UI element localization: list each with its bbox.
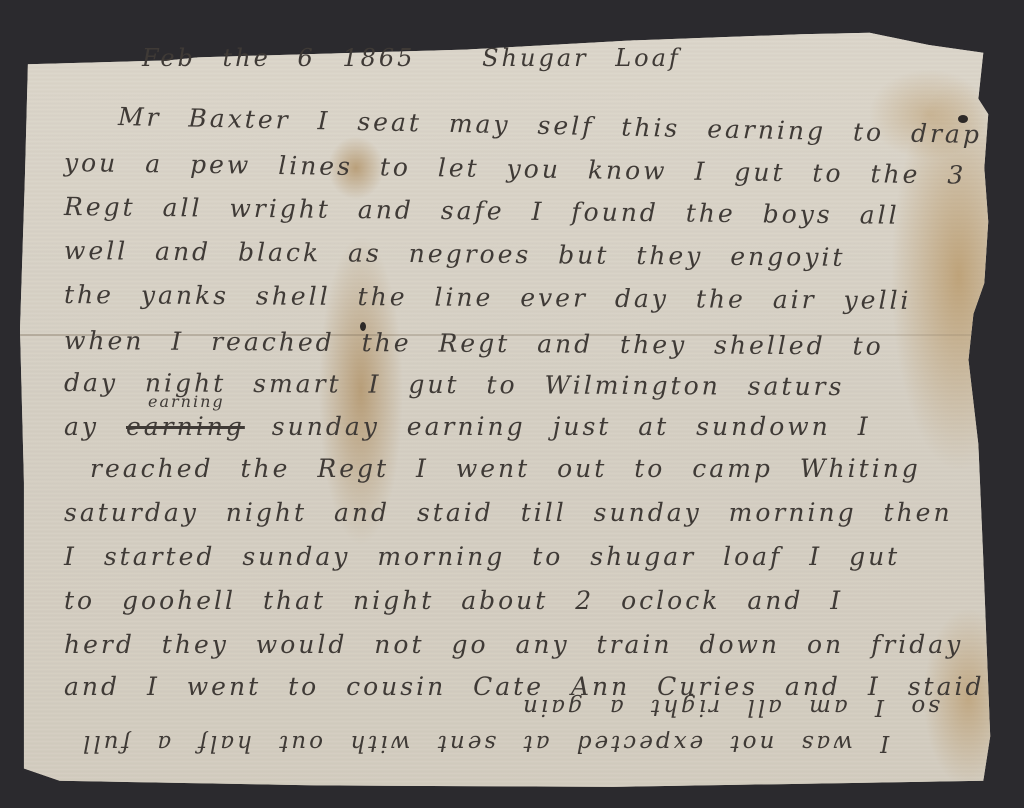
inverted-line: so I am all right a gain <box>520 694 940 720</box>
letter-line: saturday night and staid till sunday mor… <box>64 498 953 527</box>
letter-line: reached the Regt I went out to camp Whit… <box>90 454 921 483</box>
heading-date: Feb the 6 1865 <box>142 44 415 72</box>
line-rest: sunday earning just at sundown I <box>272 412 871 441</box>
ink-spot <box>360 322 366 331</box>
letter-line: I started sunday morning to shugar loaf … <box>64 542 900 571</box>
inverted-line: I was not expected at sent with out half… <box>80 730 889 756</box>
line-prefix: ay <box>64 412 99 441</box>
letter-line: when I reached the Regt and they shelled… <box>64 326 884 361</box>
letter-heading: Feb the 6 1865 Shugar Loaf <box>142 44 681 72</box>
letter-line: the yanks shell the line ever day the ai… <box>64 280 912 315</box>
heading-place: Shugar Loaf <box>482 44 681 72</box>
ink-spot <box>958 115 968 123</box>
letter-line: to goohell that night about 2 oclock and… <box>64 586 843 615</box>
struck-word: earning <box>126 412 245 441</box>
letter-line: herd they would not go any train down on… <box>64 630 963 659</box>
letter-line-corrected: ay earning sunday earning just at sundow… <box>64 412 871 441</box>
inserted-word: earning <box>148 392 225 411</box>
